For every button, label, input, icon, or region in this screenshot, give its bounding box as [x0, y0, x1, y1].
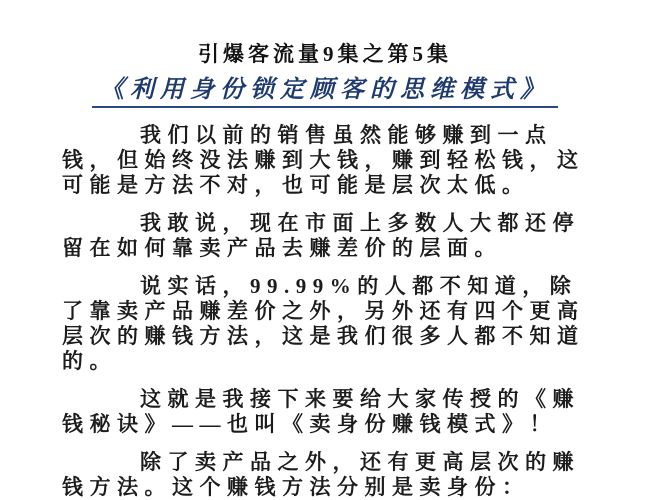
paragraph-5: 除了卖产品之外，还有更高层次的赚钱方法。这个赚钱方法分别是卖身份： — [62, 450, 588, 500]
document-body: 我们以前的销售虽然能够赚到一点钱，但始终没法赚到大钱，赚到轻松钱，这可能是方法不… — [62, 123, 588, 500]
paragraph-1: 我们以前的销售虽然能够赚到一点钱，但始终没法赚到大钱，赚到轻松钱，这可能是方法不… — [62, 123, 588, 198]
paragraph-2: 我敢说，现在市面上多数人大都还停留在如何靠卖产品去赚差价的层面。 — [62, 211, 588, 261]
page-subtitle: 《利用身份锁定顾客的思维模式》 — [92, 77, 558, 108]
paragraph-3: 说实话，99.99%的人都不知道，除了靠卖产品赚差价之外，另外还有四个更高层次的… — [62, 274, 588, 374]
subtitle-row: 《利用身份锁定顾客的思维模式》 — [0, 77, 650, 108]
page-title: 引爆客流量9集之第5集 — [0, 38, 650, 68]
document-page: 引爆客流量9集之第5集 《利用身份锁定顾客的思维模式》 我们以前的销售虽然能够赚… — [0, 0, 650, 500]
paragraph-4: 这就是我接下来要给大家传授的《赚钱秘诀》——也叫《卖身份赚钱模式》！ — [62, 387, 588, 437]
